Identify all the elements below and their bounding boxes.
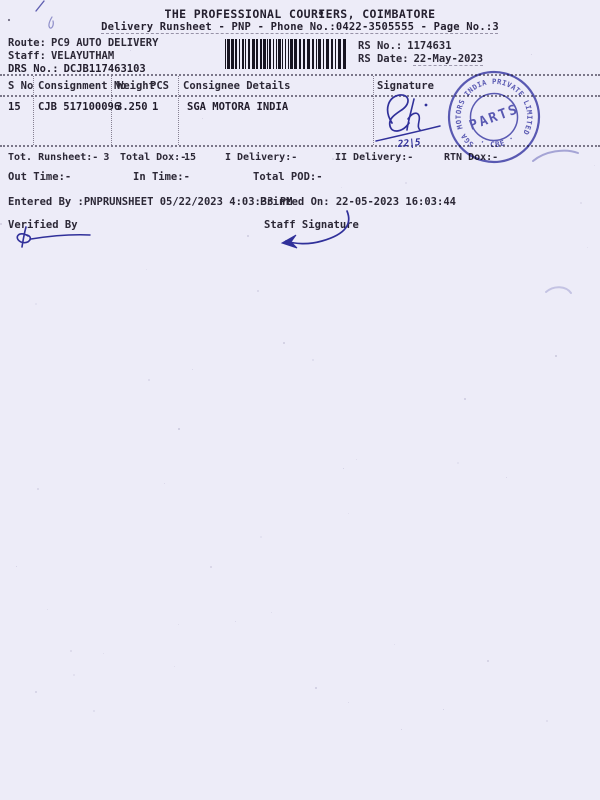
consignee-signature: 22|5 <box>376 95 440 150</box>
staff-signature-mark <box>282 211 349 248</box>
stamp-center-text: PARTS <box>467 101 521 134</box>
stamp-bottom-text: · CBE · <box>478 132 518 151</box>
svg-text:· CBE ·: · CBE · <box>478 132 518 151</box>
scanned-document-page: THE PROFESSIONAL COURIERS, COIMBATORE De… <box>0 0 600 800</box>
verified-by-signature <box>17 227 90 247</box>
company-stamp: SGA MOTORS INDIA PRIVATE LIMITED · CBE ·… <box>438 61 550 173</box>
signature-date-note: 22|5 <box>396 137 421 150</box>
